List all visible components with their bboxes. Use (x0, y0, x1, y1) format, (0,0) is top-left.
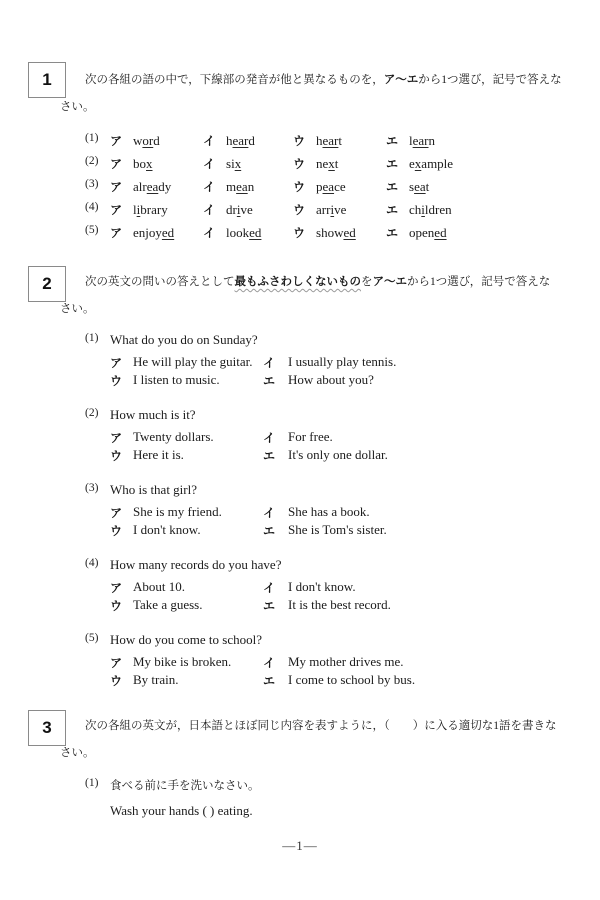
option-marker: エ (386, 201, 398, 218)
option-marker: ア (110, 178, 122, 195)
option-e: エopened (386, 224, 447, 241)
option-marker: イ (263, 579, 275, 596)
option-marker: エ (263, 372, 275, 389)
section-1-number-box: 1 (28, 62, 66, 98)
option-word: showed (316, 225, 356, 241)
japanese-sentence: 食べる前に手を洗いなさい。 (110, 777, 260, 793)
question-5-options-row-1: ア My bike is broken. イ My mother drives … (0, 654, 600, 674)
option-e: エseat (386, 178, 429, 195)
option-a: アbox (110, 155, 153, 172)
item-number: (4) (85, 201, 98, 213)
pronunciation-row-3: (3) アalready イmean ウpeace エseat (0, 178, 600, 198)
option-marker: エ (386, 155, 398, 172)
option-u: ウpeace (293, 178, 346, 195)
option-word: peace (316, 179, 346, 195)
question-1-options-row-2: ウ I listen to music. エ How about you? (0, 372, 600, 392)
question-2-options-row-1: ア Twenty dollars. イ For free. (0, 429, 600, 449)
option-marker: ウ (293, 178, 305, 195)
option-word: next (316, 156, 338, 172)
option-u: ウshowed (293, 224, 356, 241)
item-number: (1) (85, 777, 98, 789)
option-text: For free. (288, 429, 333, 445)
option-text: It is the best record. (288, 597, 391, 613)
option-marker: イ (203, 224, 215, 241)
question-number: (4) (85, 557, 98, 569)
option-marker: イ (263, 354, 275, 371)
exam-page: 1 次の各組の語の中で，下線部の発音が他と異なるものを，ア～エから1つ選び，記号… (0, 0, 600, 900)
option-text: I don't know. (288, 579, 356, 595)
question-number: (3) (85, 482, 98, 494)
option-marker: ア (110, 201, 122, 218)
question-1-options-row-1: ア He will play the guitar. イ I usually p… (0, 354, 600, 374)
item-number: (2) (85, 155, 98, 167)
option-text: I usually play tennis. (288, 354, 396, 370)
pronunciation-row-4: (4) アlibrary イdrive ウarrive エchildren (0, 201, 600, 221)
question-text: How many records do you have? (110, 557, 281, 573)
option-word: already (133, 179, 171, 195)
option-a: アword (110, 132, 160, 149)
question-number: (2) (85, 407, 98, 419)
question-4-options-row-2: ウ Take a guess. エ It is the best record. (0, 597, 600, 617)
option-marker: イ (203, 201, 215, 218)
option-a: アlibrary (110, 201, 168, 218)
option-marker: イ (203, 155, 215, 172)
option-text: My mother drives me. (288, 654, 404, 670)
question-number: (5) (85, 632, 98, 644)
question-text: How much is it? (110, 407, 196, 423)
option-i: イmean (203, 178, 254, 195)
option-a: アalready (110, 178, 171, 195)
option-marker: ア (110, 429, 122, 446)
option-text: She is my friend. (133, 504, 222, 520)
option-e: エexample (386, 155, 453, 172)
option-e: エlearn (386, 132, 435, 149)
option-marker: ウ (110, 372, 122, 389)
option-word: opened (409, 225, 447, 241)
question-3: (3) Who is that girl? (0, 482, 600, 502)
option-word: looked (226, 225, 261, 241)
question-2-options-row-2: ウ Here it is. エ It's only one dollar. (0, 447, 600, 467)
option-text: Twenty dollars. (133, 429, 214, 445)
item-number: (3) (85, 178, 98, 190)
option-marker: イ (263, 504, 275, 521)
option-marker: エ (263, 672, 275, 689)
option-word: drive (226, 202, 253, 218)
question-5: (5) How do you come to school? (0, 632, 600, 652)
section-2-instruction-line-1: 次の英文の問いの答えとして最もふさわしくないものをア～エから1つ選び，記号で答え… (85, 273, 550, 289)
section-1-instruction-line-1: 次の各組の語の中で，下線部の発音が他と異なるものを，ア～エから1つ選び，記号で答… (85, 71, 562, 87)
question-5-options-row-2: ウ By train. エ I come to school by bus. (0, 672, 600, 692)
option-marker: ア (110, 224, 122, 241)
option-marker: エ (386, 132, 398, 149)
option-text: By train. (133, 672, 179, 688)
option-marker: ウ (110, 672, 122, 689)
option-text: How about you? (288, 372, 374, 388)
question-4-options-row-1: ア About 10. イ I don't know. (0, 579, 600, 599)
option-marker: エ (386, 224, 398, 241)
option-word: seat (409, 179, 429, 195)
option-text: Here it is. (133, 447, 184, 463)
item-number: (1) (85, 132, 98, 144)
option-u: ウheart (293, 132, 342, 149)
option-word: six (226, 156, 241, 172)
option-marker: イ (203, 178, 215, 195)
option-marker: ウ (293, 132, 305, 149)
option-marker: エ (386, 178, 398, 195)
option-marker: ウ (110, 447, 122, 464)
option-text: It's only one dollar. (288, 447, 388, 463)
option-marker: ア (110, 132, 122, 149)
option-word: children (409, 202, 452, 218)
option-marker: ア (110, 504, 122, 521)
option-i: イheard (203, 132, 255, 149)
section-3-number-box: 3 (28, 710, 66, 746)
option-text: I listen to music. (133, 372, 220, 388)
item-number: (5) (85, 224, 98, 236)
question-2: (2) How much is it? (0, 407, 600, 427)
option-marker: イ (263, 654, 275, 671)
option-marker: ウ (293, 224, 305, 241)
question-3-options-row-1: ア She is my friend. イ She has a book. (0, 504, 600, 524)
fill-in-item-1-english: Wash your hands ( ) eating. (0, 803, 600, 823)
option-word: arrive (316, 202, 346, 218)
option-i: イdrive (203, 201, 253, 218)
option-text: I don't know. (133, 522, 201, 538)
section-1-number: 1 (42, 70, 51, 90)
question-3-options-row-2: ウ I don't know. エ She is Tom's sister. (0, 522, 600, 542)
section-2-number: 2 (42, 274, 51, 294)
option-i: イsix (203, 155, 241, 172)
option-text: My bike is broken. (133, 654, 231, 670)
question-text: Who is that girl? (110, 482, 197, 498)
option-marker: エ (263, 447, 275, 464)
section-1-instruction-line-2: さい。 (60, 98, 95, 114)
question-4: (4) How many records do you have? (0, 557, 600, 577)
question-text: How do you come to school? (110, 632, 262, 648)
option-a: アenjoyed (110, 224, 174, 241)
option-text: She has a book. (288, 504, 370, 520)
option-marker: イ (263, 429, 275, 446)
option-marker: ア (110, 654, 122, 671)
option-word: learn (409, 133, 435, 149)
option-word: heart (316, 133, 342, 149)
option-marker: ウ (293, 201, 305, 218)
option-marker: ア (110, 155, 122, 172)
option-word: enjoyed (133, 225, 174, 241)
section-3-number: 3 (42, 718, 51, 738)
option-marker: ウ (110, 597, 122, 614)
pronunciation-row-2: (2) アbox イsix ウnext エexample (0, 155, 600, 175)
fill-in-item-1-japanese: (1) 食べる前に手を洗いなさい。 (0, 777, 600, 797)
option-word: heard (226, 133, 255, 149)
option-text: I come to school by bus. (288, 672, 415, 688)
english-sentence-with-blank: Wash your hands ( ) eating. (110, 803, 253, 819)
option-marker: イ (203, 132, 215, 149)
option-marker: ア (110, 579, 122, 596)
section-3-instruction-line-1: 次の各組の英文が，日本語とほぼ同じ内容を表すように，（ ）に入る適切な1語を書き… (85, 717, 557, 733)
option-e: エchildren (386, 201, 452, 218)
option-marker: ア (110, 354, 122, 371)
section-3-instruction-line-2: さい。 (60, 744, 95, 760)
option-text: Take a guess. (133, 597, 202, 613)
page-number: —1— (0, 838, 600, 854)
pronunciation-row-5: (5) アenjoyed イlooked ウshowed エopened (0, 224, 600, 244)
option-word: example (409, 156, 453, 172)
option-text: He will play the guitar. (133, 354, 253, 370)
option-word: box (133, 156, 153, 172)
question-number: (1) (85, 332, 98, 344)
section-2-number-box: 2 (28, 266, 66, 302)
question-text: What do you do on Sunday? (110, 332, 258, 348)
option-u: ウarrive (293, 201, 346, 218)
option-text: She is Tom's sister. (288, 522, 387, 538)
option-text: About 10. (133, 579, 185, 595)
option-marker: エ (263, 597, 275, 614)
option-i: イlooked (203, 224, 261, 241)
question-1: (1) What do you do on Sunday? (0, 332, 600, 352)
option-marker: エ (263, 522, 275, 539)
option-u: ウnext (293, 155, 338, 172)
option-word: mean (226, 179, 254, 195)
option-word: word (133, 133, 160, 149)
pronunciation-row-1: (1) アword イheard ウheart エlearn (0, 132, 600, 152)
option-word: library (133, 202, 168, 218)
section-2-instruction-line-2: さい。 (60, 300, 95, 316)
option-marker: ウ (110, 522, 122, 539)
option-marker: ウ (293, 155, 305, 172)
